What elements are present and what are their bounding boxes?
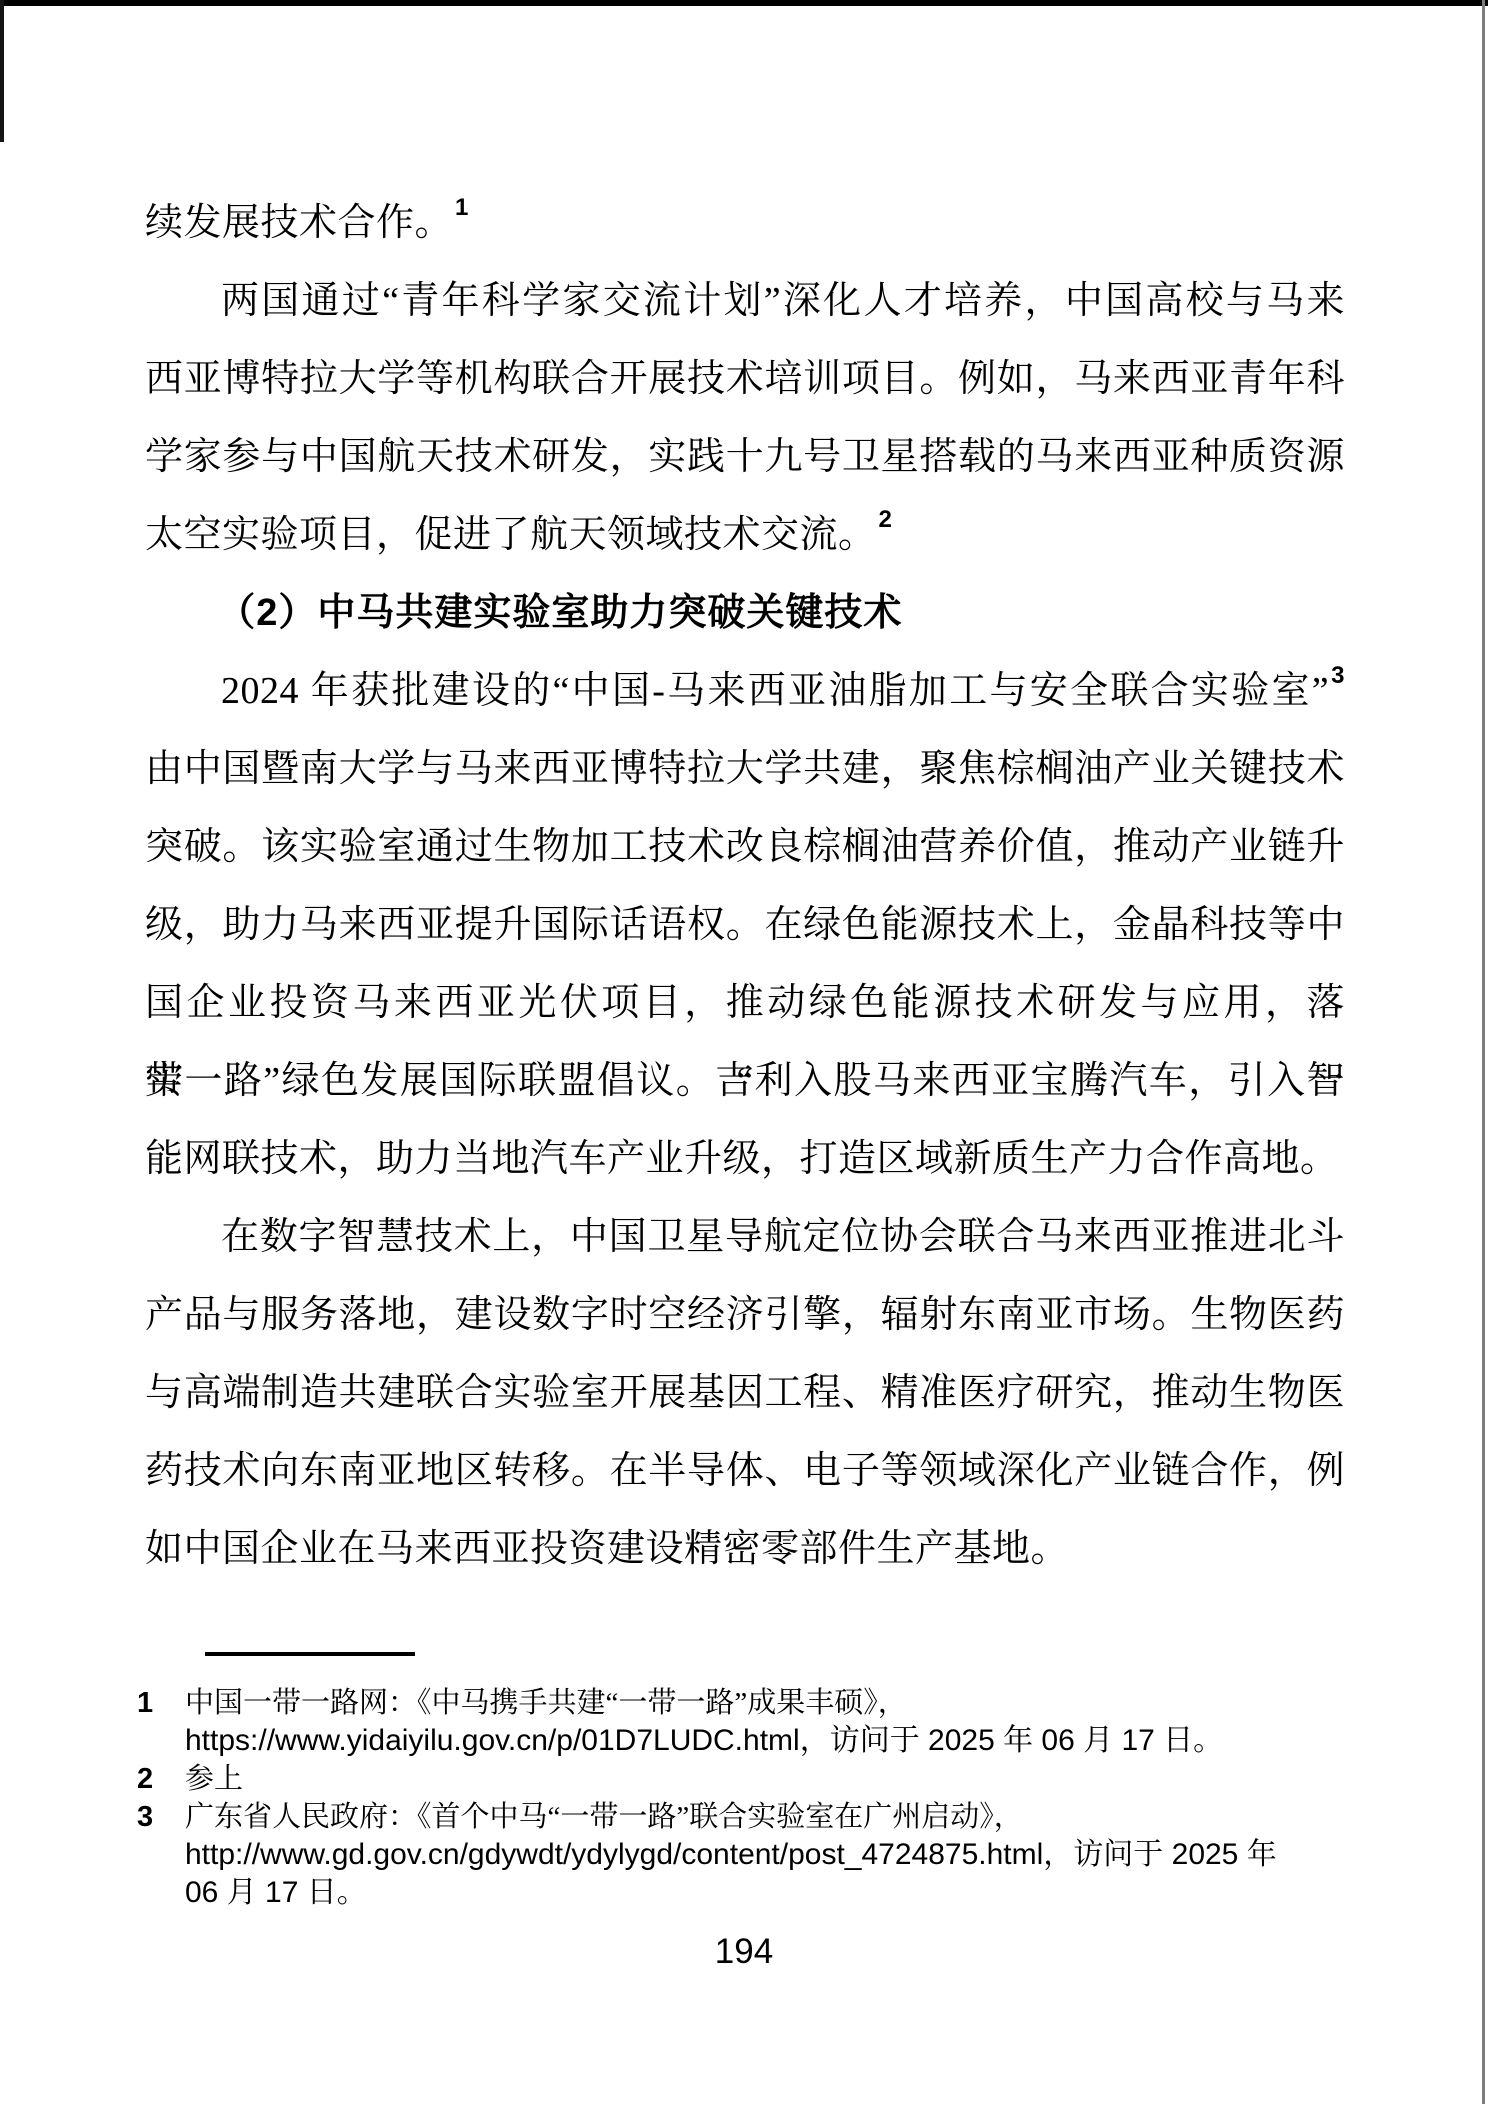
body-line: 能网联技术，助力当地汽车产业升级，打造区域新质生产力合作高地。 — [145, 1120, 1345, 1198]
page-right-edge — [1482, 0, 1485, 2104]
body-line: 突破。该实验室通过生物加工技术改良棕榈油营养价值，推动产业链升 — [145, 808, 1345, 886]
footnote-ref: 2 — [879, 506, 893, 533]
body-line: 续发展技术合作。1 — [145, 184, 1345, 262]
body-line: 与高端制造共建联合实验室开展基因工程、精准医疗研究，推动生物医 — [145, 1354, 1345, 1432]
footnote-ref: 1 — [455, 194, 469, 221]
body-line: 产品与服务落地，建设数字时空经济引擎，辐射东南亚市场。生物医药 — [145, 1276, 1345, 1354]
page-left-border — [0, 0, 4, 142]
footnote-line: 参上 — [185, 1760, 1349, 1798]
footnote-separator — [205, 1652, 415, 1656]
body-line: 如中国企业在马来西亚投资建设精密零部件生产基地。 — [145, 1510, 1345, 1588]
section-heading: （2）中马共建实验室助力突破关键技术 — [145, 574, 1345, 652]
footnote-line: https://www.yidaiyilu.gov.cn/p/01D7LUDC.… — [185, 1722, 1349, 1760]
footnotes: 1中国一带一路网：《中马携手共建“一带一路”成果丰硕》，https://www.… — [137, 1684, 1349, 1912]
footnote-ref: 3 — [1331, 662, 1345, 689]
document-page: 续发展技术合作。1两国通过“青年科学家交流计划”深化人才培养，中国高校与马来西亚… — [0, 0, 1488, 2104]
body-line: 太空实验项目，促进了航天领域技术交流。2 — [145, 496, 1345, 574]
footnote-number: 3 — [137, 1798, 185, 1836]
page-top-border — [0, 0, 1488, 6]
footnote-number: 1 — [137, 1684, 185, 1722]
body-line: 西亚博特拉大学等机构联合开展技术培训项目。例如，马来西亚青年科 — [145, 340, 1345, 418]
body-line: 级，助力马来西亚提升国际话语权。在绿色能源技术上，金晶科技等中 — [145, 886, 1345, 964]
body-text: 续发展技术合作。1两国通过“青年科学家交流计划”深化人才培养，中国高校与马来西亚… — [145, 184, 1345, 1588]
body-line: 学家参与中国航天技术研发，实践十九号卫星搭载的马来西亚种质资源 — [145, 418, 1345, 496]
page-number: 194 — [0, 1932, 1488, 1972]
body-line: 国企业投资马来西亚光伏项目，推动绿色能源技术研发与应用，落实“一 — [145, 964, 1345, 1042]
footnote-item: 1中国一带一路网：《中马携手共建“一带一路”成果丰硕》，https://www.… — [137, 1684, 1349, 1760]
body-line: 由中国暨南大学与马来西亚博特拉大学共建，聚焦棕榈油产业关键技术 — [145, 730, 1345, 808]
footnote-number: 2 — [137, 1760, 185, 1798]
footnote-line: http://www.gd.gov.cn/gdywdt/ydylygd/cont… — [185, 1836, 1349, 1874]
footnote-line: 中国一带一路网：《中马携手共建“一带一路”成果丰硕》， — [185, 1684, 1349, 1722]
footnote-item: 2参上 — [137, 1760, 1349, 1798]
footnote-line: 06 月 17 日。 — [185, 1874, 1349, 1912]
body-line: 带一路”绿色发展国际联盟倡议。吉利入股马来西亚宝腾汽车，引入智 — [145, 1042, 1345, 1120]
body-line: 两国通过“青年科学家交流计划”深化人才培养，中国高校与马来 — [145, 262, 1345, 340]
footnote-item: 3广东省人民政府：《首个中马“一带一路”联合实验室在广州启动》，http://w… — [137, 1798, 1349, 1912]
footnote-line: 广东省人民政府：《首个中马“一带一路”联合实验室在广州启动》， — [185, 1798, 1349, 1836]
body-line: 药技术向东南亚地区转移。在半导体、电子等领域深化产业链合作，例 — [145, 1432, 1345, 1510]
body-line: 在数字智慧技术上，中国卫星导航定位协会联合马来西亚推进北斗 — [145, 1198, 1345, 1276]
body-line: 2024 年获批建设的“中国-马来西亚油脂加工与安全联合实验室”3 — [145, 652, 1345, 730]
